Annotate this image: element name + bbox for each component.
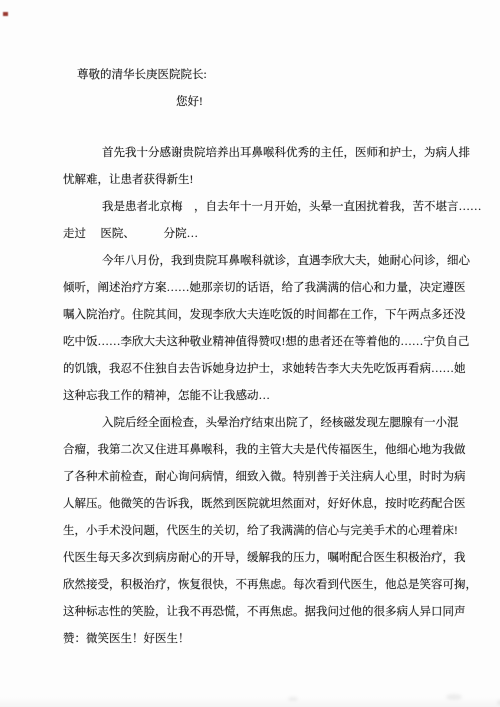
letter-body-line: 合瘤，我第二次又住进耳鼻喉科，我的主管大夫是代传福医生，他细心地为我做 (63, 437, 455, 464)
letter-body-line: 首先我十分感谢贵院培养出耳鼻喉科优秀的主任，医师和护士，为病人排 (63, 140, 455, 167)
letter-body-line: 我是患者北京梅 ，自去年十一月开始，头晕一直困扰着我，苦不堪言…… (63, 194, 455, 221)
letter-body-line: 代医生每天多次到病房耐心的开导，缓解我的压力，嘱咐配合医生积极治疗，我 (63, 545, 455, 572)
letter-body-line: 这种标志性的笑脸，让我不再恐慌，不再焦虑。据我问过他的很多病人异口同声 (63, 599, 455, 626)
scan-edge-shadow (0, 697, 500, 707)
letter-body-line: 欣然接受，积极治疗，恢复很快，不再焦虑。每次看到代医生，他总是笑容可掬， (63, 572, 455, 599)
letter-salutation: 尊敬的清华长庚医院院长: (63, 62, 455, 89)
letter-body-line: 吃中饭……李欣大夫这种敬业精神值得赞叹!想的患者还在等着他的……宁负自己 (63, 329, 455, 356)
scanned-letter-page: 尊敬的清华长庚医院院长:您好!首先我十分感谢贵院培养出耳鼻喉科优秀的主任，医师和… (0, 0, 500, 707)
scan-smudge (446, 694, 462, 700)
red-corner-mark (3, 12, 8, 16)
letter-body-line: 赞：微笑医生！好医生！ (63, 626, 455, 653)
letter-body-line: 这种忘我工作的精神，怎能不让我感动… (63, 383, 455, 410)
letter-body-line: 今年八月份，我到贵院耳鼻喉科就诊，直遇李欣大夫，她耐心问诊，细心 (63, 248, 455, 275)
letter-body-line: 走过 医院、 分院… (63, 221, 455, 248)
letter-body-line: 忧解难，让患者获得新生! (63, 167, 455, 194)
letter-body-line: 了各种术前检查，耐心询问病情，细致入微。特别善于关注病人心里，时时为病 (63, 464, 455, 491)
letter-text-block: 尊敬的清华长庚医院院长:您好!首先我十分感谢贵院培养出耳鼻喉科优秀的主任，医师和… (63, 62, 455, 653)
letter-body-line: 入院后经全面检查，头晕治疗结束出院了，经核磁发现左腮腺有一小混 (63, 410, 455, 437)
letter-body-line: 倾听，阐述治疗方案……她那亲切的话语，给了我满满的信心和力量，决定遵医 (63, 275, 455, 302)
letter-greeting: 您好! (63, 89, 455, 116)
letter-body-line: 的饥饿，我忍不住独自去告诉她身边护士，求她转告李大夫先吃饭再看病……她 (63, 356, 455, 383)
letter-body-line: 人解压。他微笑的告诉我，既然到医院就坦然面对，好好休息，按时吃药配合医 (63, 491, 455, 518)
scan-smudge (288, 697, 298, 701)
letter-body-line: 嘱入院治疗。住院其间，发现李欣大夫连吃饭的时间都在工作，下午两点多还没 (63, 302, 455, 329)
letter-body-line: 生，小手术没问题，代医生的关切，给了我满满的信心与完美手术的心理着床! (63, 518, 455, 545)
